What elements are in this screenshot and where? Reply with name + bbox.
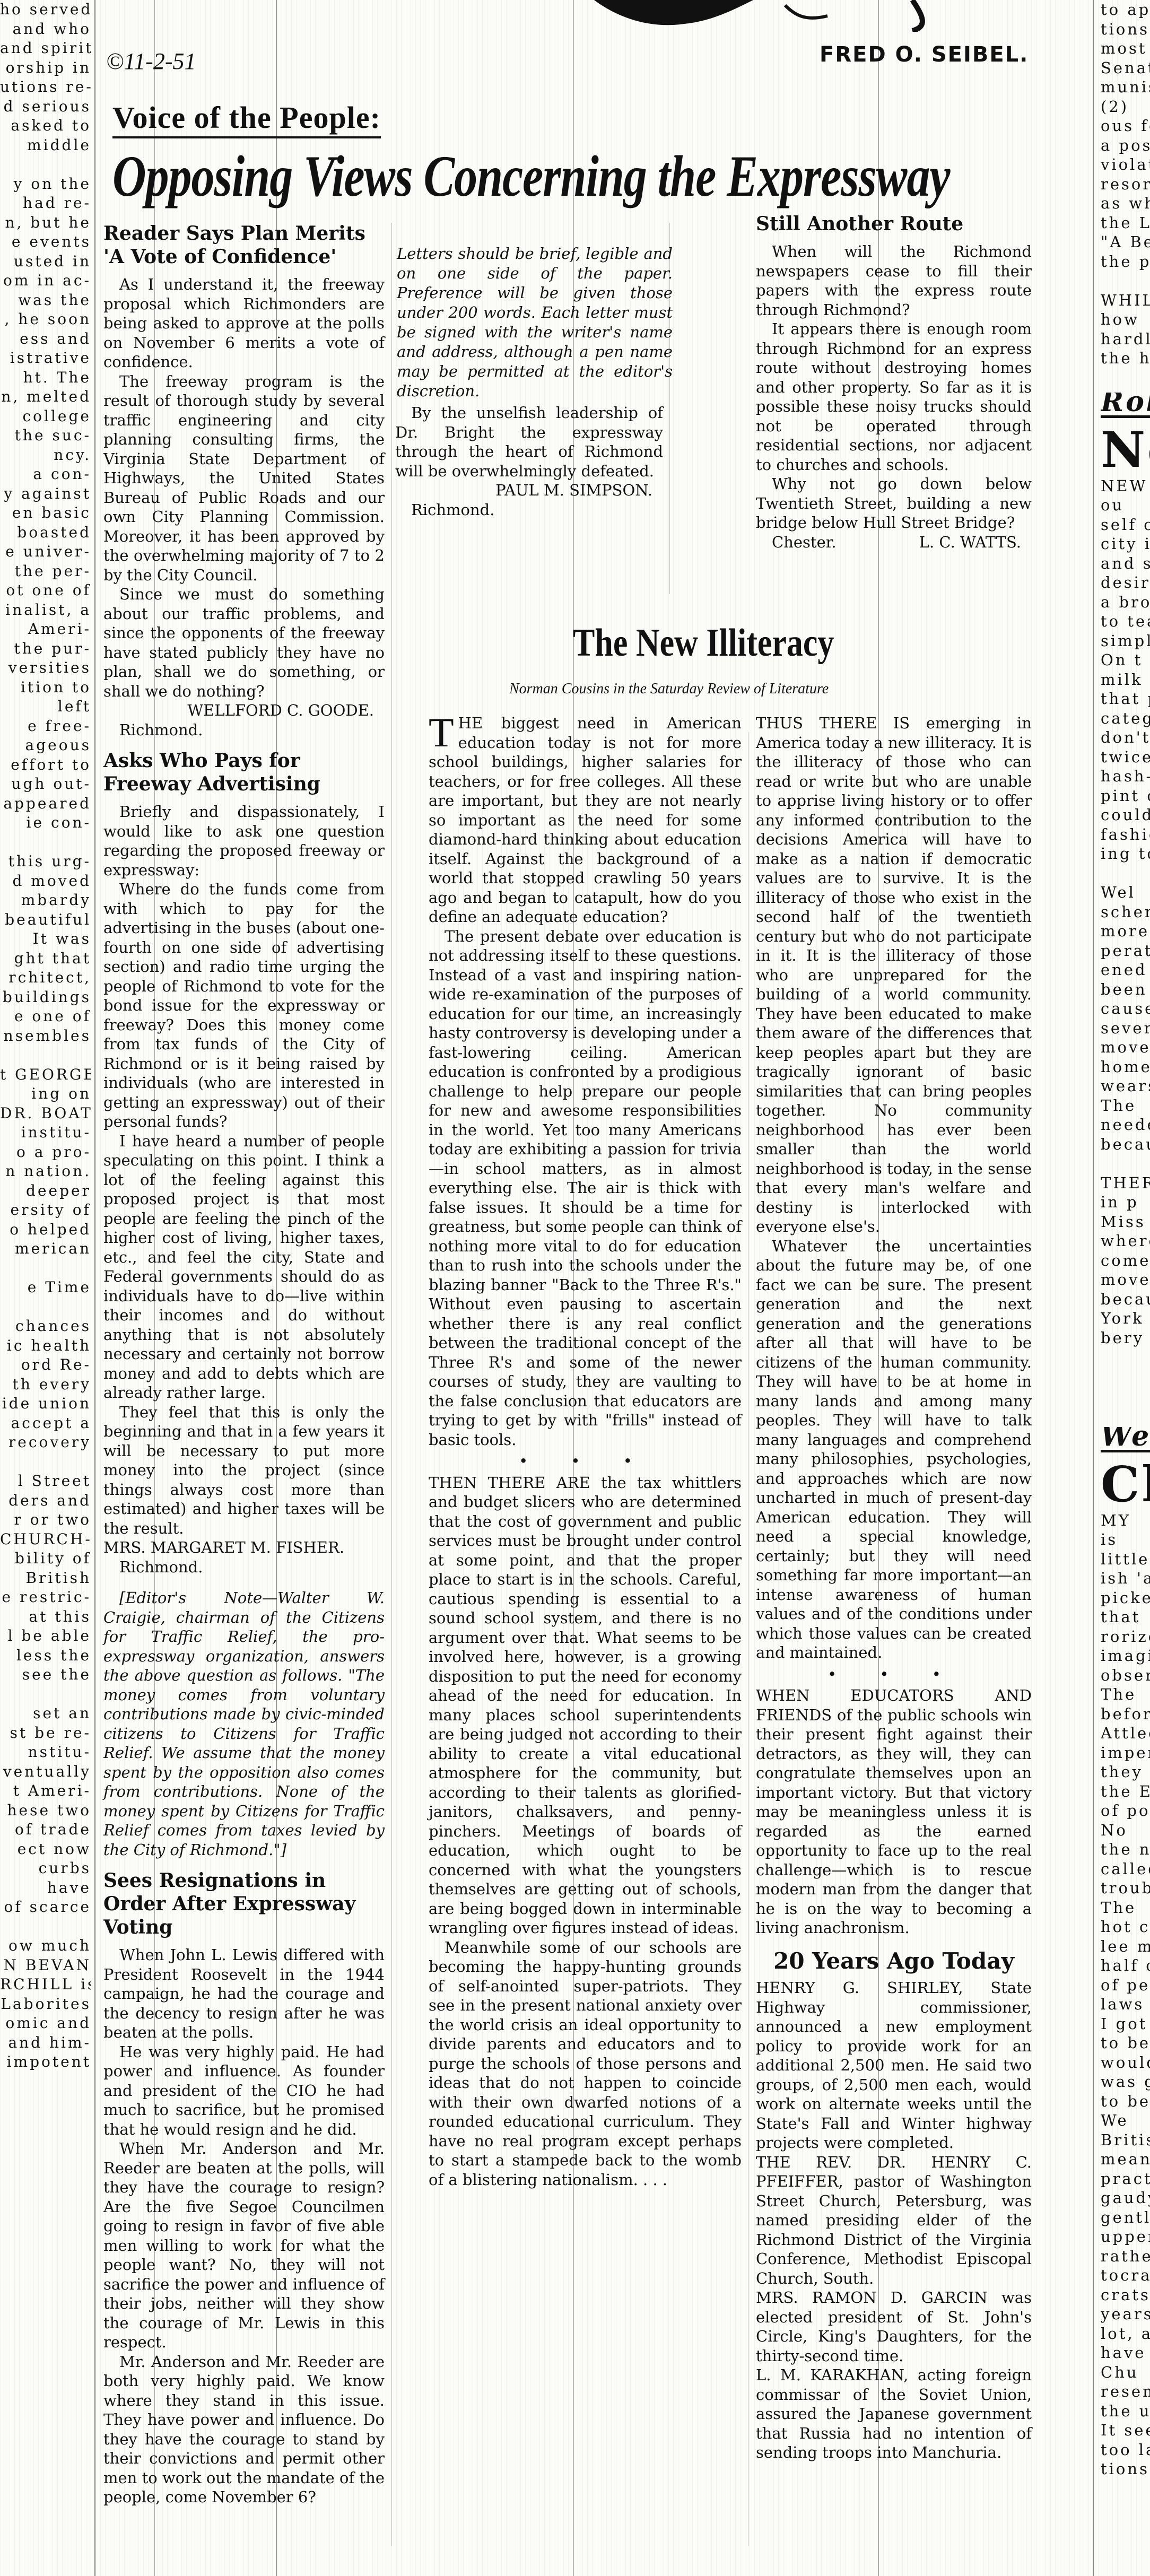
text-fragment-line: recovery: [0, 1433, 91, 1452]
text-fragment-line: as whe: [1101, 194, 1150, 213]
text-fragment-line: tions: [1101, 20, 1150, 39]
text-fragment-line: have: [0, 1878, 91, 1898]
text-fragment-line: picket: [1101, 1588, 1150, 1608]
text-fragment-line: The: [1101, 1096, 1150, 1116]
text-fragment-line: left: [0, 697, 91, 717]
text-fragment-line: rorized: [1101, 1627, 1150, 1647]
text-fragment-line: Laborites: [0, 1995, 91, 2014]
text-fragment-line: N BEVAN: [0, 1956, 91, 1975]
text-fragment-line: e univer-: [0, 542, 91, 562]
text-fragment-line: this urg-: [0, 852, 91, 872]
text-fragment-line: [0, 155, 91, 175]
text-fragment-line: more: [1101, 921, 1150, 941]
text-fragment-line: boasted: [0, 523, 91, 543]
text-fragment-line: bility of: [0, 1549, 91, 1569]
text-fragment-line: the pa: [1101, 252, 1150, 272]
editorial-paragraph: Meanwhile some of our schools are becomi…: [429, 1938, 742, 2190]
text-fragment-line: observ: [1101, 1666, 1150, 1685]
text-fragment-line: severa: [1101, 1019, 1150, 1038]
text-fragment-line: the he: [1101, 349, 1150, 368]
text-fragment-line: n nation.: [0, 1162, 91, 1181]
text-fragment-line: ou: [1101, 495, 1150, 515]
text-fragment-line: fashion: [1101, 825, 1150, 845]
text-fragment-line: York i: [1101, 1309, 1150, 1328]
text-fragment-line: of peo: [1101, 1975, 1150, 1995]
text-fragment-line: violate: [1101, 155, 1150, 175]
text-fragment-line: and su: [1101, 554, 1150, 573]
text-fragment-line: On t: [1101, 650, 1150, 670]
text-fragment-line: [0, 1685, 91, 1704]
text-fragment-line: city in: [1101, 534, 1150, 554]
text-fragment-line: , he soon: [0, 310, 91, 329]
text-fragment-line: (2): [1101, 97, 1150, 117]
text-fragment-line: [0, 1046, 91, 1065]
text-fragment-line: ho served: [0, 0, 91, 20]
text-fragment-line: the up: [1101, 2401, 1150, 2421]
text-fragment-line: don't: [1101, 728, 1150, 747]
text-fragment-line: utions re-: [0, 77, 91, 97]
text-fragment-line: becaus: [1101, 1290, 1150, 1309]
editorial-paragraph: Whatever the uncertainties about the fut…: [756, 1237, 1032, 1663]
letter-paragraph: When John L. Lewis differed with Preside…: [103, 1945, 385, 2042]
text-fragment-line: a con-: [0, 465, 91, 484]
letter-signature: WELLFORD C. GOODE.: [103, 701, 385, 720]
text-fragment-line: move: [1101, 1038, 1150, 1057]
text-fragment-line: the E: [1101, 1782, 1150, 1802]
text-fragment-line: called: [1101, 1859, 1150, 1879]
text-fragment-line: ventually: [0, 1762, 91, 1782]
text-fragment-line: the pur-: [0, 639, 91, 659]
text-fragment-line: st be re-: [0, 1724, 91, 1743]
text-fragment-line: the per-: [0, 562, 91, 581]
text-fragment-line: It was: [0, 929, 91, 949]
letter-paragraph: They feel that this is only the beginnin…: [103, 1403, 385, 1538]
text-fragment-line: Ameri-: [0, 620, 91, 639]
text-fragment-line: and spirit: [0, 39, 91, 58]
text-fragment-line: Attlee: [1101, 1724, 1150, 1743]
twenty-years-item: HENRY G. SHIRLEY, State Highway commissi…: [756, 1978, 1032, 2153]
editorial-paragraph: The present debate over education is not…: [429, 927, 742, 1450]
text-fragment-line: No: [1101, 1821, 1150, 1840]
text-fragment-line: istrative: [0, 349, 91, 368]
text-fragment-line: The: [1101, 1685, 1150, 1704]
letter-paragraph: Mr. Anderson and Mr. Reeder are both ver…: [103, 2352, 385, 2507]
editorial-paragraph: WHEN EDUCATORS AND FRIENDS of the public…: [756, 1686, 1032, 1938]
text-fragment-line: hot ca: [1101, 1917, 1150, 1937]
text-fragment-line: curbs: [0, 1859, 91, 1878]
text-fragment-line: move: [1101, 1270, 1150, 1290]
letters-column-3: Still Another Route When will the Richmo…: [756, 212, 1032, 552]
letter-paragraph: It appears there is enough room through …: [756, 319, 1032, 474]
text-fragment-line: ess and: [0, 329, 91, 349]
scratch-line: [94, 0, 95, 2576]
text-fragment-line: ersity of: [0, 1200, 91, 1220]
text-fragment-line: I got: [1101, 2014, 1150, 2034]
letter-paragraph: Briefly and dispassionately, I would lik…: [103, 802, 385, 880]
text-fragment-line: ugh out-: [0, 774, 91, 794]
text-fragment-line: at this: [0, 1607, 91, 1627]
text-fragment-line: ing to: [1101, 844, 1150, 864]
text-fragment-line: MY: [1101, 1511, 1150, 1530]
letter-paragraph: He was very highly paid. He had power an…: [103, 2042, 385, 2139]
text-fragment-line: inalist, a: [0, 601, 91, 620]
text-fragment-line: Chu: [1101, 2363, 1150, 2382]
text-fragment-line: lee m: [1101, 1937, 1150, 1956]
right-column-section-1: Rob Ne NEWouself orcity inand sudesirala…: [1101, 393, 1150, 1347]
text-fragment-line: [1101, 1154, 1150, 1173]
letter-city-signature: Chester.L. C. WATTS.: [756, 533, 1032, 552]
text-fragment-line: usted in: [0, 252, 91, 272]
text-fragment-line: impen: [1101, 1743, 1150, 1763]
text-fragment-line: set an: [0, 1704, 91, 1724]
text-fragment-line: home: [1101, 1057, 1150, 1077]
right-section-kicker: Wes: [1101, 1427, 1150, 1452]
letter-city: Richmond.: [103, 720, 385, 740]
text-fragment-line: [0, 1298, 91, 1317]
text-fragment-line: ncy.: [0, 446, 91, 465]
text-fragment-line: lot, a: [1101, 2324, 1150, 2344]
text-fragment-line: ide union: [0, 1394, 91, 1414]
text-fragment-line: l be able: [0, 1626, 91, 1646]
text-fragment-line: ageous: [0, 736, 91, 755]
text-fragment-line: [0, 833, 91, 852]
text-fragment-line: perate: [1101, 941, 1150, 961]
text-fragment-line: come.: [1101, 1251, 1150, 1270]
text-fragment-line: and who: [0, 20, 91, 39]
letter-headline: Sees Resignations in Order After Express…: [103, 1869, 385, 1939]
text-fragment-line: It see: [1101, 2421, 1150, 2440]
text-fragment-line: laws a: [1101, 1995, 1150, 2014]
text-fragment-line: deeper: [0, 1181, 91, 1201]
text-fragment-line: the Li: [1101, 213, 1150, 233]
text-fragment-line: o helped: [0, 1220, 91, 1240]
text-fragment-line: most: [1101, 39, 1150, 58]
right-section-kicker: Rob: [1101, 393, 1150, 418]
letter-paragraph: When will the Richmond newspapers cease …: [756, 242, 1032, 319]
text-fragment-line: th every: [0, 1375, 91, 1395]
text-fragment-line: the suc-: [0, 426, 91, 446]
text-fragment-line: ing on: [0, 1084, 91, 1104]
letter-paragraph: The freeway program is the result of tho…: [103, 372, 385, 585]
text-fragment-line: rchitect,: [0, 968, 91, 988]
text-fragment-line: hese two: [0, 1801, 91, 1821]
letter-signature: PAUL M. SIMPSON.: [395, 481, 663, 500]
text-fragment-line: t GEORGE: [0, 1065, 91, 1085]
text-fragment-line: where: [1101, 1231, 1150, 1251]
text-fragment-line: DR. BOAT-: [0, 1104, 91, 1124]
text-fragment-line: y against: [0, 484, 91, 504]
text-fragment-line: catego: [1101, 709, 1150, 728]
editorial-column-2: THUS THERE IS emerging in America today …: [756, 713, 1032, 2462]
page-banner-headline: Opposing Views Concerning the Expressway: [112, 143, 950, 210]
drop-cap: T: [429, 716, 454, 750]
text-fragment-line: l Street: [0, 1472, 91, 1491]
scratch-line: [1093, 0, 1094, 2576]
text-fragment-line: too la: [1101, 2440, 1150, 2460]
text-fragment-line: needec: [1101, 1115, 1150, 1135]
text-fragment-line: of trade: [0, 1820, 91, 1840]
letter-city: Richmond.: [395, 500, 663, 520]
text-fragment-line: caused: [1101, 999, 1150, 1019]
editorial-paragraph: THE biggest need in American education t…: [429, 713, 742, 927]
text-fragment-line: British: [0, 1569, 91, 1588]
text-fragment-line: and him-: [0, 2033, 91, 2053]
letter-headline: Reader Says Plan Merits 'A Vote of Confi…: [103, 222, 385, 268]
text-fragment-line: d moved: [0, 872, 91, 891]
text-fragment-line: d serious: [0, 97, 91, 117]
text-fragment-line: crats: [1101, 2285, 1150, 2305]
text-fragment-line: to app: [1101, 0, 1150, 20]
text-fragment-line: chances: [0, 1317, 91, 1336]
text-fragment-line: resort: [1101, 175, 1150, 194]
text-fragment-line: [1101, 864, 1150, 883]
left-margin-fragments: ho servedand whoand spiritorship inution…: [0, 0, 91, 2072]
text-fragment-line: Wel: [1101, 883, 1150, 902]
section-divider: • • •: [429, 1451, 742, 1471]
text-fragment-line: tocrat: [1101, 2266, 1150, 2285]
text-fragment-line: schem: [1101, 902, 1150, 922]
editorial-title: The New Illiteracy: [573, 621, 834, 666]
text-fragment-line: the na: [1101, 1840, 1150, 1859]
letter-paragraph: Why not go down below Twentieth Street, …: [756, 474, 1032, 533]
text-fragment-line: ie con-: [0, 813, 91, 833]
text-fragment-line: ic health: [0, 1336, 91, 1356]
text-fragment-line: twice: [1101, 747, 1150, 767]
text-fragment-line: [1101, 271, 1150, 291]
text-fragment-line: middle: [0, 136, 91, 155]
text-fragment-line: have I: [1101, 2343, 1150, 2363]
text-fragment-line: munist: [1101, 77, 1150, 97]
text-fragment-line: CHURCH-: [0, 1530, 91, 1550]
text-fragment-line: before: [1101, 1704, 1150, 1724]
text-fragment-line: college: [0, 407, 91, 427]
text-fragment-line: We: [1101, 2111, 1150, 2130]
editorial-column-1: THE biggest need in American education t…: [429, 713, 742, 2189]
letter-paragraph: By the unselfish leadership of Dr. Brigh…: [395, 403, 663, 481]
artist-signature: FRED O. SEIBEL.: [820, 42, 1029, 67]
text-fragment-line: to be: [1101, 2092, 1150, 2111]
text-fragment-line: half o: [1101, 1956, 1150, 1975]
text-fragment-line: been: [1101, 980, 1150, 999]
text-fragment-line: [0, 1917, 91, 1937]
newspaper-page: ©11-2-51 FRED O. SEIBEL. Voice of the Pe…: [0, 0, 1150, 2576]
twenty-years-item: THE REV. DR. HENRY C. PFEIFFER, pastor o…: [756, 2153, 1032, 2288]
text-fragment-line: om in ac-: [0, 271, 91, 291]
editorial-paragraph-text: HE biggest need in American education to…: [429, 714, 742, 926]
text-fragment-line: buildings: [0, 988, 91, 1007]
twenty-years-title: 20 Years Ago Today: [756, 1952, 1032, 1971]
letter-city: Chester.: [772, 533, 837, 551]
text-fragment-line: troubl: [1101, 1878, 1150, 1898]
text-fragment-line: to beli: [1101, 2033, 1150, 2053]
text-fragment-line: "A Be: [1101, 232, 1150, 252]
text-fragment-line: rather: [1101, 2247, 1150, 2266]
column-rule: [748, 732, 748, 2546]
text-fragment-line: institu-: [0, 1123, 91, 1143]
text-fragment-line: had re-: [0, 194, 91, 213]
text-fragment-line: was g: [1101, 2072, 1150, 2092]
text-fragment-line: meanin: [1101, 2149, 1150, 2169]
text-fragment-line: NEW: [1101, 476, 1150, 496]
text-fragment-line: THER: [1101, 1173, 1150, 1193]
section-kicker: Voice of the People:: [112, 100, 381, 138]
text-fragment-line: beautiful: [0, 910, 91, 930]
text-fragment-line: that p: [1101, 689, 1150, 709]
twenty-years-item: L. M. KARAKHAN, acting foreign commissar…: [756, 2365, 1032, 2462]
text-fragment-line: ous fo: [1101, 116, 1150, 136]
text-fragment-line: appeared: [0, 794, 91, 814]
text-fragment-line: hardly: [1101, 329, 1150, 349]
text-fragment-line: nstitu-: [0, 1743, 91, 1762]
text-fragment-line: would: [1101, 2053, 1150, 2073]
text-fragment-line: how: [1101, 310, 1150, 329]
text-fragment-line: ord Re-: [0, 1355, 91, 1375]
text-fragment-line: ht. The: [0, 368, 91, 388]
letter-paragraph: I have heard a number of people speculat…: [103, 1132, 385, 1403]
text-fragment-line: ened b: [1101, 960, 1150, 980]
text-fragment-line: becaus: [1101, 1135, 1150, 1154]
column-rule: [391, 223, 392, 2546]
right-column-section-2: Wes Ch MYislittle rish 'arpicketthatrori…: [1101, 1427, 1150, 2479]
editorial-paragraph: THUS THERE IS emerging in America today …: [756, 713, 1032, 1237]
text-fragment-line: e free-: [0, 717, 91, 736]
letter-city: Richmond.: [103, 1557, 385, 1577]
copyright-dateline: ©11-2-51: [106, 48, 196, 75]
text-fragment-line: milk in: [1101, 670, 1150, 690]
text-fragment-line: hash-h: [1101, 767, 1150, 786]
text-fragment-line: impotent: [0, 2052, 91, 2072]
letter-headline: Asks Who Pays for Freeway Advertising: [103, 749, 385, 796]
editors-note: [Editor's Note—Walter W. Craigie, chairm…: [103, 1588, 385, 1859]
text-fragment-line: versities: [0, 658, 91, 678]
text-fragment-line: tions: [1101, 2459, 1150, 2479]
text-fragment-line: Miss J: [1101, 1212, 1150, 1232]
text-fragment-line: r or two: [0, 1510, 91, 1530]
text-fragment-line: wears: [1101, 1076, 1150, 1096]
text-fragment-line: ders and: [0, 1491, 91, 1511]
letter-headline: Still Another Route: [756, 212, 1032, 236]
text-fragment-line: was the: [0, 291, 91, 310]
text-fragment-line: of scarce: [0, 1898, 91, 1917]
text-fragment-line: to tea: [1101, 612, 1150, 631]
text-fragment-line: ect now: [0, 1840, 91, 1859]
text-fragment-line: years: [1101, 2304, 1150, 2324]
text-fragment-line: e Time: [0, 1278, 91, 1298]
text-fragment-line: British: [1101, 2130, 1150, 2150]
text-fragment-line: effort to: [0, 755, 91, 775]
text-fragment-line: ition to: [0, 678, 91, 698]
text-fragment-line: ght that: [0, 949, 91, 969]
right-section-text: MYislittle rish 'arpicketthatrorizedimag…: [1101, 1511, 1150, 2479]
text-fragment-line: e one of: [0, 1007, 91, 1026]
text-fragment-line: self or: [1101, 515, 1150, 535]
text-fragment-line: omic and: [0, 2014, 91, 2033]
editorial-paragraph: THEN THERE ARE the tax whittlers and bud…: [429, 1473, 742, 1938]
text-fragment-line: that: [1101, 1607, 1150, 1627]
text-fragment-line: merican: [0, 1239, 91, 1259]
text-fragment-line: gentle: [1101, 2208, 1150, 2227]
text-fragment-line: in p: [1101, 1193, 1150, 1212]
text-fragment-line: a brok: [1101, 593, 1150, 612]
text-fragment-line: they: [1101, 1762, 1150, 1782]
letter-signature: MRS. MARGARET M. FISHER.: [103, 1538, 385, 1557]
text-fragment-line: see the: [0, 1665, 91, 1685]
text-fragment-line: ish 'ar: [1101, 1569, 1150, 1588]
text-fragment-line: Senato: [1101, 58, 1150, 78]
right-column-top: to apptionsmostSenatomunist(2)ous foa po…: [1101, 0, 1150, 368]
letter-paragraph: As I understand it, the freeway proposal…: [103, 275, 385, 372]
text-fragment-line: less the: [0, 1646, 91, 1666]
text-fragment-line: [0, 1259, 91, 1278]
letter-paragraph: Since we must do something about our tra…: [103, 585, 385, 701]
text-fragment-line: nsembles: [0, 1026, 91, 1046]
right-section-headline: Ch: [1101, 1458, 1150, 1511]
letter-paragraph: Where do the funds come from with which …: [103, 880, 385, 1132]
text-fragment-line: desiral: [1101, 573, 1150, 593]
text-fragment-line: WHIL: [1101, 291, 1150, 310]
text-fragment-line: resent: [1101, 2382, 1150, 2401]
letter-signature: L. C. WATTS.: [903, 533, 1032, 552]
text-fragment-line: en basic: [0, 503, 91, 523]
text-fragment-line: bery in: [1101, 1328, 1150, 1348]
editorial-byline: Norman Cousins in the Saturday Review of…: [509, 681, 829, 698]
right-section-text: NEWouself orcity inand sudesirala brokto…: [1101, 476, 1150, 1348]
letters-column-1: Reader Says Plan Merits 'A Vote of Confi…: [103, 212, 385, 2507]
text-fragment-line: gaudy: [1101, 2188, 1150, 2208]
text-fragment-line: The: [1101, 1898, 1150, 1918]
text-fragment-line: mbardy: [0, 891, 91, 910]
text-fragment-line: a posi: [1101, 136, 1150, 155]
text-fragment-line: ot one of: [0, 581, 91, 601]
text-fragment-line: ow much: [0, 1936, 91, 1956]
twenty-years-item: MRS. RAMON D. GARCIN was elected preside…: [756, 2288, 1032, 2365]
text-fragment-line: [0, 1452, 91, 1472]
text-fragment-line: of po: [1101, 1801, 1150, 1821]
text-fragment-line: could: [1101, 805, 1150, 825]
text-fragment-line: RCHILL is: [0, 1975, 91, 1995]
section-divider: • • •: [756, 1665, 1032, 1684]
text-fragment-line: practi: [1101, 2169, 1150, 2189]
cartoon-fragment-icon: [509, 0, 944, 32]
text-fragment-line: pint of: [1101, 786, 1150, 806]
text-fragment-line: upper: [1101, 2227, 1150, 2247]
text-fragment-line: e events: [0, 232, 91, 252]
text-fragment-line: is: [1101, 1530, 1150, 1550]
text-fragment-line: n, but he: [0, 213, 91, 233]
letters-column-2: By the unselfish leadership of Dr. Brigh…: [395, 403, 663, 519]
text-fragment-line: n, melted: [0, 387, 91, 407]
text-fragment-line: imagin: [1101, 1646, 1150, 1666]
text-fragment-line: little r: [1101, 1550, 1150, 1569]
text-fragment-line: e restric-: [0, 1588, 91, 1607]
text-fragment-line: t Ameri-: [0, 1781, 91, 1801]
text-fragment-line: orship in: [0, 58, 91, 78]
letter-rules-notice: Letters should be brief, legible and on …: [391, 244, 678, 401]
text-fragment-line: simply: [1101, 631, 1150, 651]
text-fragment-line: accept a: [0, 1414, 91, 1433]
text-fragment-line: asked to: [0, 116, 91, 136]
right-section-headline: Ne: [1101, 423, 1150, 476]
text-fragment-line: y on the: [0, 175, 91, 194]
text-fragment-line: o a pro-: [0, 1143, 91, 1162]
letter-paragraph: When Mr. Anderson and Mr. Reeder are bea…: [103, 2139, 385, 2352]
